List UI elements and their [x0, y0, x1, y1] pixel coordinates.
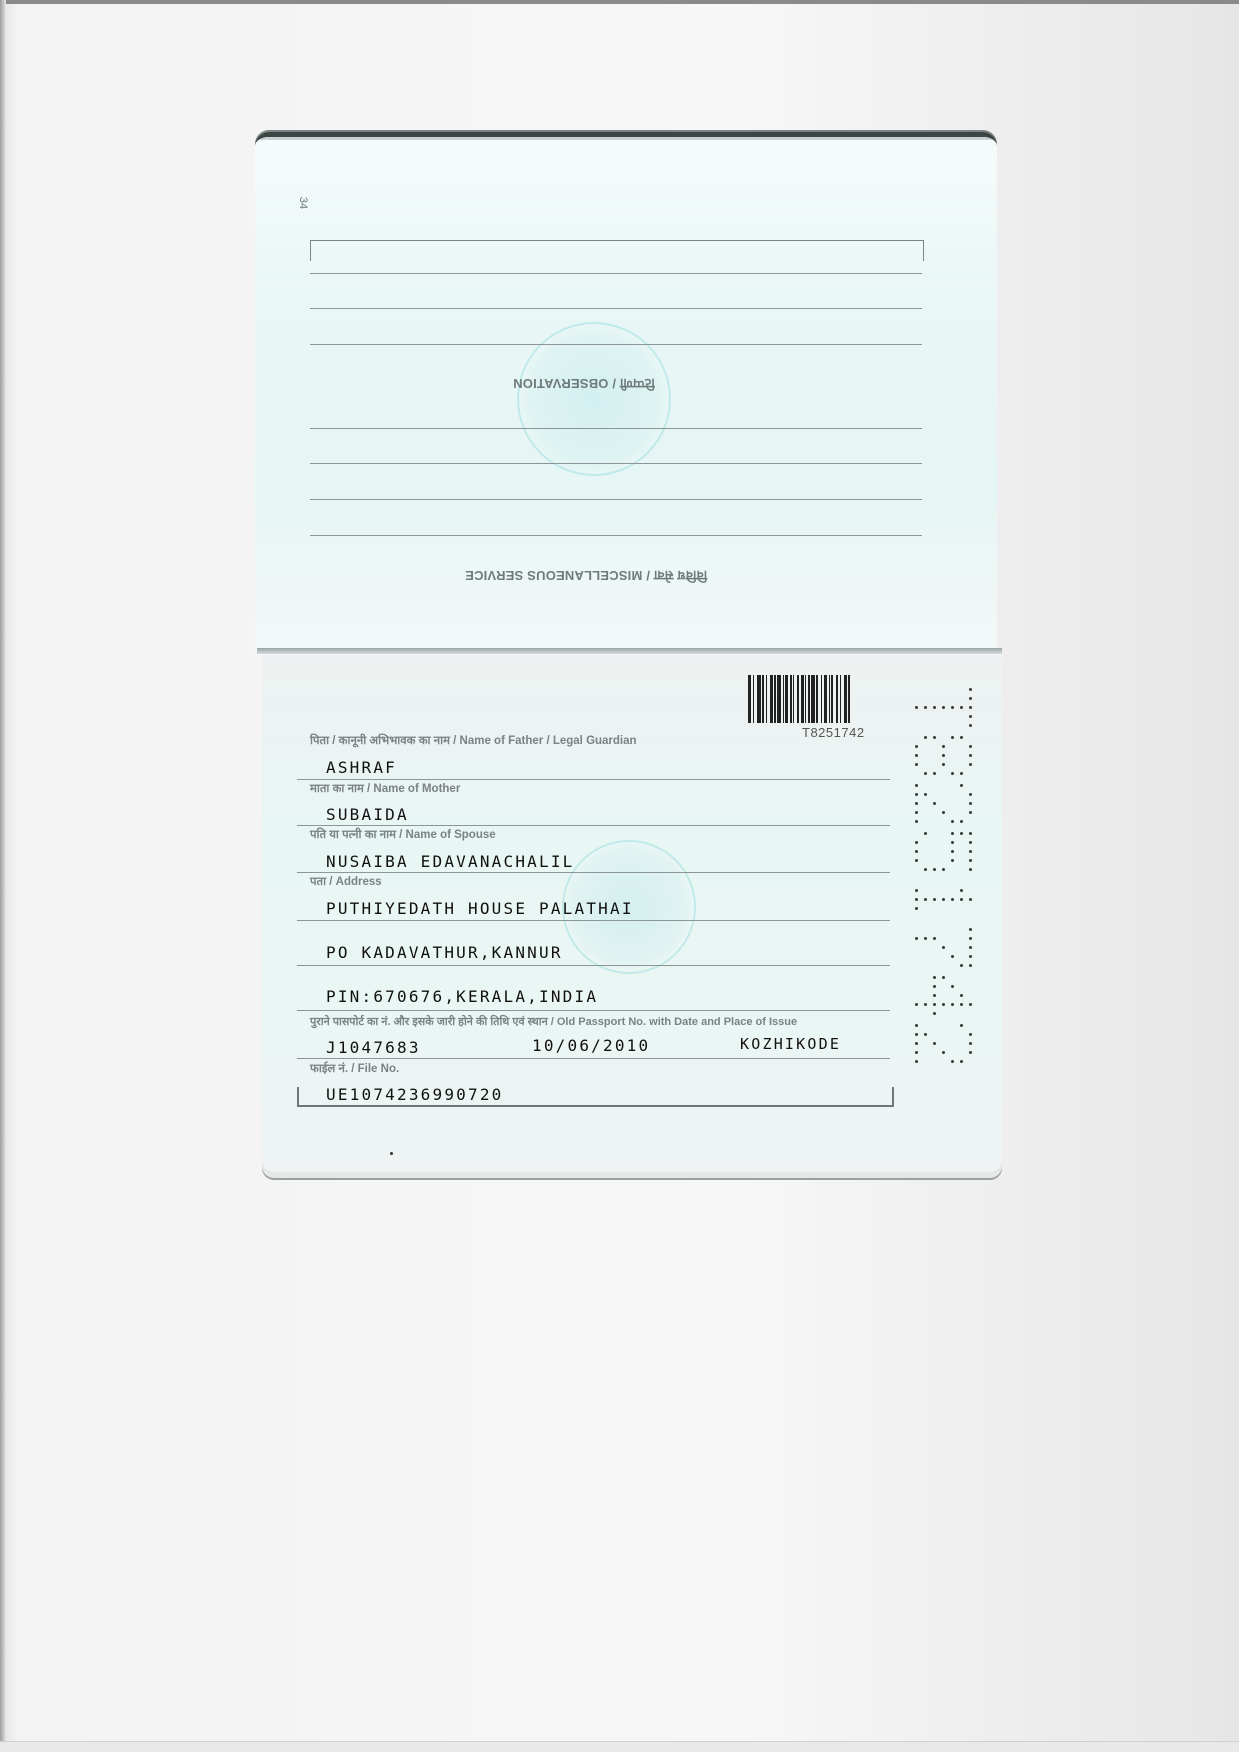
father-name-value: ASHRAF	[326, 758, 397, 777]
field-line	[297, 920, 890, 921]
passport-page-observation: 34 टिप्पणी / OBSERVATION विविध सेवा / MI…	[255, 132, 997, 655]
observation-heading: टिप्पणी / OBSERVATION	[513, 375, 655, 393]
spouse-name-label: पति या पत्नी का नाम / Name of Spouse	[310, 827, 496, 842]
page-fold	[257, 648, 1002, 654]
observation-line	[310, 428, 922, 429]
barcode	[748, 675, 928, 723]
old-passport-issue-date: 10/06/2010	[532, 1036, 650, 1055]
father-name-label: पिता / कानूनी अभिभावक का नाम / Name of F…	[310, 733, 637, 748]
scanner-edge-top	[0, 0, 1239, 4]
observation-line	[310, 499, 922, 500]
cover-edge	[255, 137, 997, 140]
page-number: 34	[297, 197, 309, 209]
observation-box-top	[310, 240, 924, 261]
spouse-name-value: NUSAIBA EDAVANACHALIL	[326, 852, 575, 871]
scanner-edge-left	[0, 0, 6, 1752]
barcode-number: T8251742	[802, 725, 865, 740]
old-passport-number: J1047683	[326, 1038, 421, 1057]
field-line	[297, 965, 890, 966]
observation-line	[310, 535, 922, 536]
field-line	[297, 1010, 890, 1011]
observation-line	[310, 308, 922, 309]
address-line-3: PIN:670676,KERALA,INDIA	[326, 987, 598, 1006]
field-line	[297, 1058, 890, 1059]
scanner-edge-bottom	[0, 1741, 1239, 1752]
observation-line	[310, 344, 922, 345]
address-label: पता / Address	[310, 874, 382, 889]
address-line-1: PUTHIYEDATH HOUSE PALATHAI	[326, 899, 634, 918]
old-passport-label: पुराने पासपोर्ट का नं. और इसके जारी होने…	[310, 1014, 797, 1029]
observation-line	[310, 463, 922, 464]
address-line-2: PO KADAVATHUR,KANNUR	[326, 943, 563, 962]
field-line	[297, 825, 890, 826]
observation-line	[310, 273, 922, 274]
mother-name-value: SUBAIDA	[326, 805, 409, 824]
old-passport-issue-place: KOZHIKODE	[740, 1035, 841, 1053]
field-line	[297, 779, 890, 780]
mother-name-label: माता का नाम / Name of Mother	[310, 781, 460, 796]
file-number-label: फाईल नं. / File No.	[310, 1061, 399, 1076]
field-line	[297, 872, 890, 873]
national-emblem-watermark-icon	[517, 322, 671, 476]
file-number-box	[297, 1087, 894, 1107]
scan-speck	[390, 1152, 393, 1155]
passport-page-details: T8251742 पिता / कानूनी अभिभावक का नाम / …	[262, 655, 1002, 1172]
miscellaneous-service-heading: विविध सेवा / MISCELLANEOUS SERVICE	[465, 567, 707, 585]
